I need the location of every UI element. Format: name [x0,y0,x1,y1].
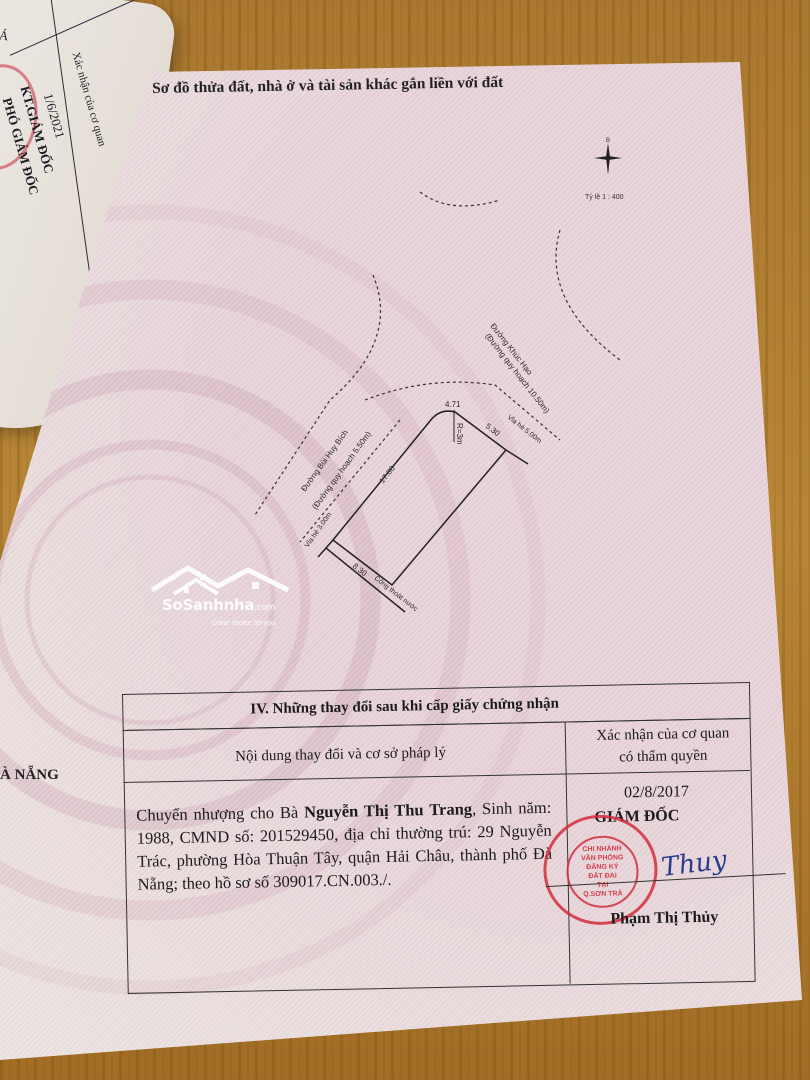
road-khuc-hao-note: (Đường quy hoạch 10.50m) [483,332,551,416]
confirmation-date: 02/8/2017 [624,783,689,802]
watermark-brand: SoSanhnha.com [162,596,275,614]
column-content-header: Nội dung thay đổi và cơ sở pháp lý [235,742,446,768]
changes-table: IV. Những thay đổi sau khi cấp giấy chứn… [122,682,778,994]
signer-name: Phạm Thị Thủy [610,909,718,929]
transferee-name: Nguyễn Thị Thu Trang [304,799,472,821]
sidewalk-left: Vỉa hè 3.00m [303,511,333,550]
city-fragment: À NẴNG [0,767,59,784]
column-confirm-header-1: Xác nhận của cơ quan [578,722,748,747]
column-confirm-header-2: có thẩm quyền [578,744,748,769]
dim-radius: R=3m [455,423,464,445]
house-logo-icon [148,560,308,600]
watermark-tagline: Great choice for you [212,620,275,627]
change-entry-text: Chuyển nhượng cho Bà Nguyễn Thị Thu Tran… [136,796,553,896]
dim-long-side: 17.00 [377,463,397,485]
sosanhnha-watermark: SoSanhnha.com Great choice for you [148,560,308,605]
sidewalk-right: Vỉa hè 5.00m [506,413,544,445]
dim-arc: 4.71 [445,400,461,409]
